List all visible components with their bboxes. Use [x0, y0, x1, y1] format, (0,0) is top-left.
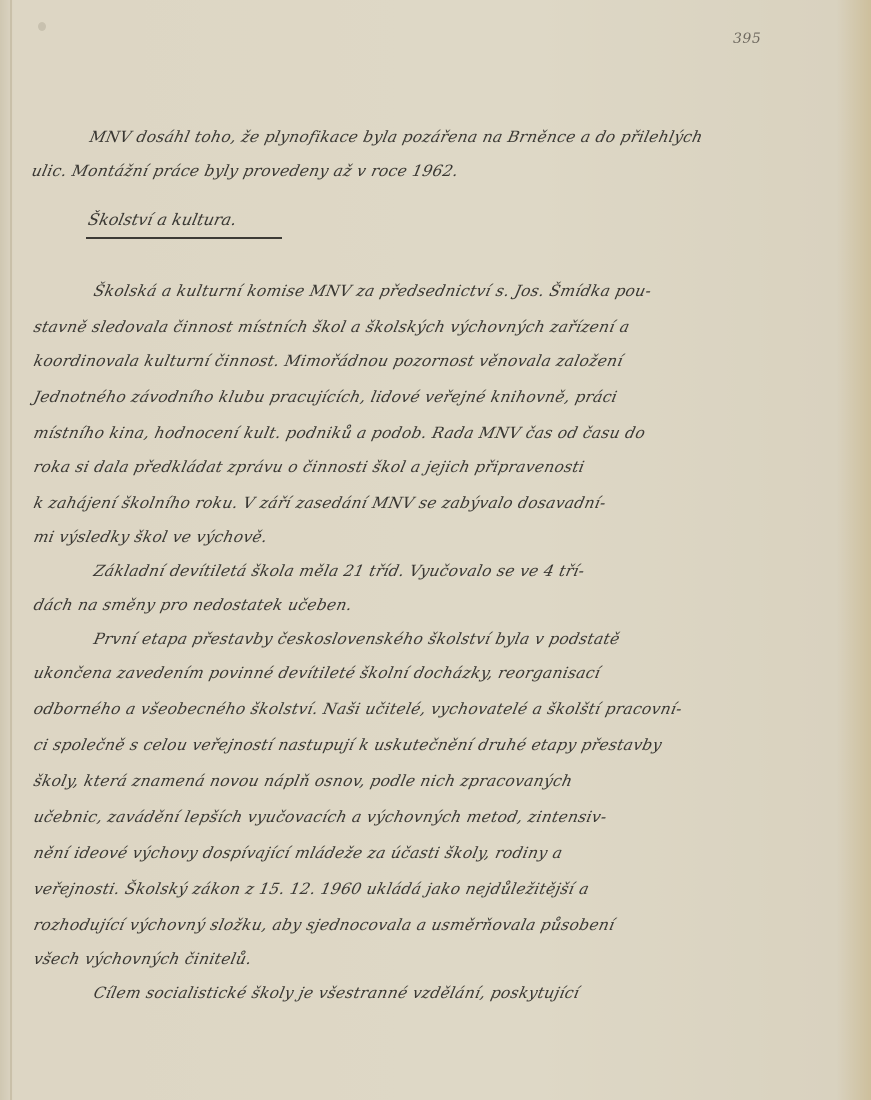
text-line: odborného a všeobecného školství. Naši u… — [32, 700, 684, 718]
text-line: mi výsledky škol ve výchově. — [32, 528, 269, 546]
text-line: Jednotného závodního klubu pracujících, … — [32, 388, 619, 406]
document-page: 395 MNV dosáhl toho, že plynofikace byla… — [0, 0, 871, 1100]
text-line: školy, která znamená novou náplň osnov, … — [32, 772, 574, 790]
text-line: Základní devítiletá škola měla 21 tříd. … — [92, 562, 586, 580]
page-binding-edge — [10, 0, 12, 1100]
text-line: ulic. Montážní práce byly provedeny až v… — [30, 162, 460, 180]
heading-underline — [86, 237, 282, 239]
text-line: nění ideové výchovy dospívající mládeže … — [32, 844, 564, 862]
text-line: koordinovala kulturní činnost. Mimořádno… — [32, 352, 625, 370]
text-line: učebnic, zavádění lepších vyučovacích a … — [32, 808, 608, 826]
text-line: stavně sledovala činnost místních škol a… — [32, 318, 631, 336]
text-line: všech výchovných činitelů. — [32, 950, 254, 968]
text-line: rozhodující výchovný složku, aby sjednoc… — [32, 916, 616, 934]
text-line: První etapa přestavby československého š… — [92, 630, 622, 648]
text-line: MNV dosáhl toho, že plynofikace byla poz… — [88, 128, 705, 146]
paper-stain — [38, 22, 46, 31]
text-line: roka si dala předkládat zprávu o činnost… — [32, 458, 586, 476]
text-line: ci společně s celou veřejností nastupují… — [32, 736, 664, 754]
page-number: 395 — [733, 31, 761, 47]
text-line: ukončena zavedením povinné devítileté šk… — [32, 664, 602, 682]
text-line: Cílem socialistické školy je všestranné … — [92, 984, 581, 1002]
text-line: místního kina, hodnocení kult. podniků a… — [32, 424, 647, 442]
section-heading: Školství a kultura. — [86, 210, 239, 233]
text-line: veřejnosti. Školský zákon z 15. 12. 1960… — [32, 880, 591, 898]
text-line: dách na směny pro nedostatek učeben. — [32, 596, 354, 614]
text-line: Školská a kulturní komise MNV za předsed… — [92, 282, 653, 300]
text-line: k zahájení školního roku. V září zasedán… — [32, 494, 608, 512]
